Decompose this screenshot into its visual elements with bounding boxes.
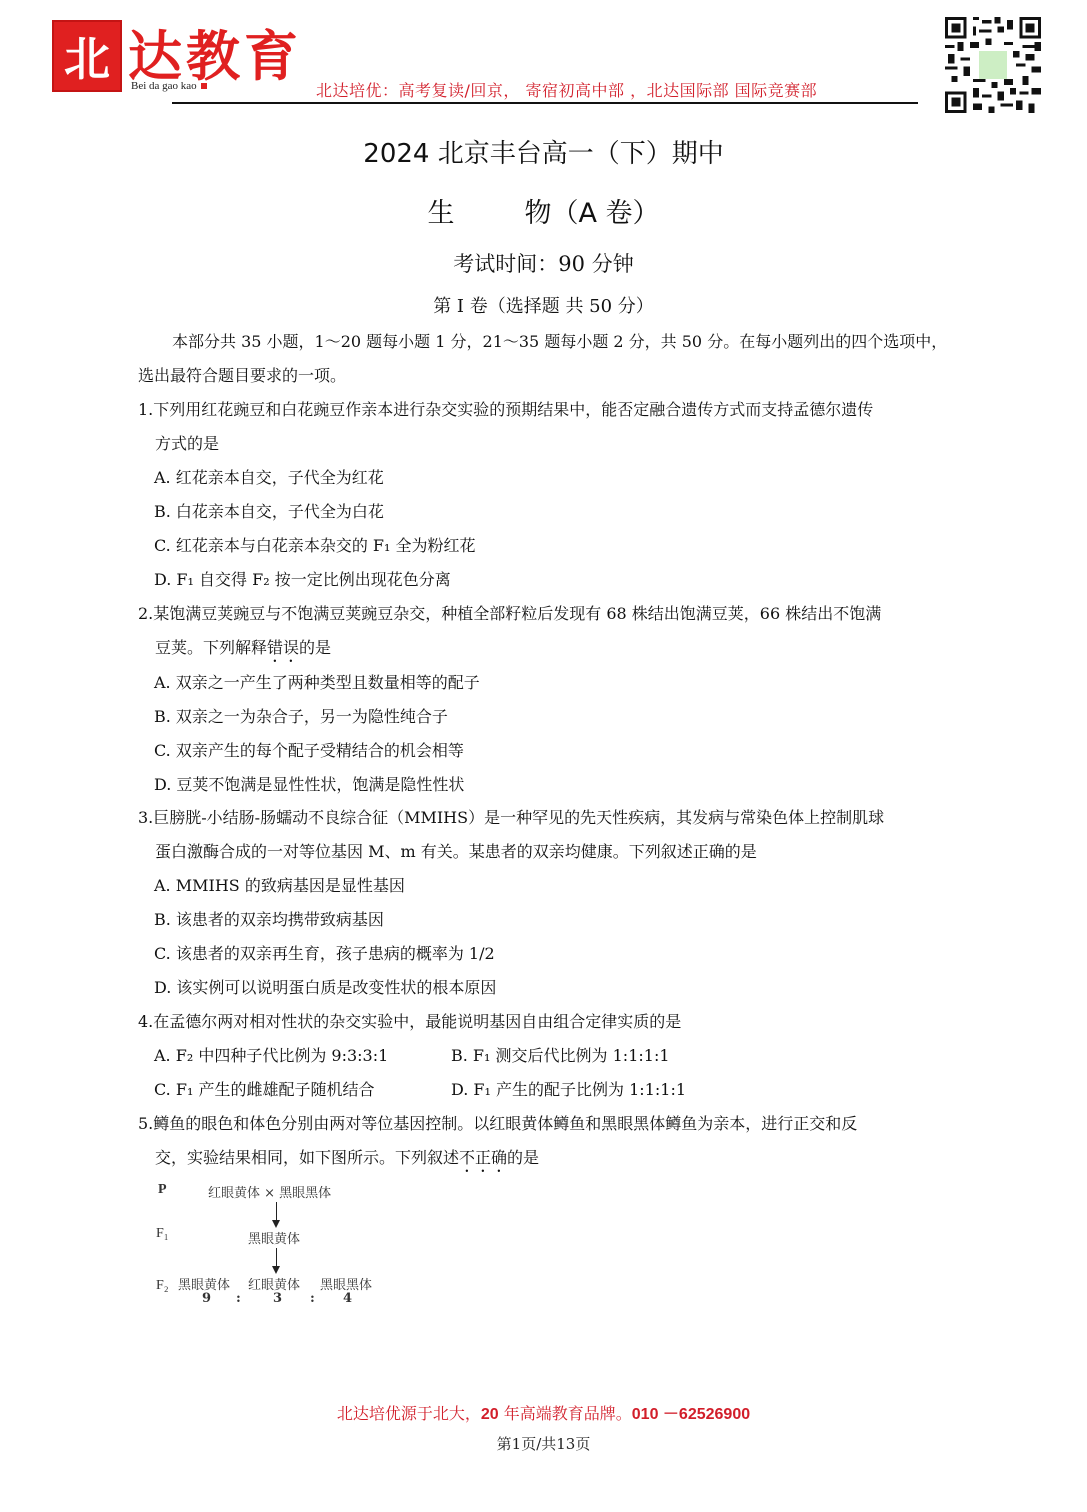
f1-label: F₁ xyxy=(156,1226,169,1242)
question-stem: 2.某饱满豆荚豌豆与不饱满豆荚豌豆杂交，种植全部籽粒后发现有 68 株结出饱满豆… xyxy=(138,597,953,631)
section-heading: 第 I 卷（选择题 共 50 分） xyxy=(0,292,1087,318)
option-b: B. 双亲之一为杂合子，另一为隐性纯合子 xyxy=(138,700,953,734)
exam-title: 2024 北京丰台高一（下）期中 xyxy=(0,133,1087,170)
page-indicator: 第1页/共13页 xyxy=(0,1433,1087,1454)
options-row-2: C. F₁ 产生的雌雄配子随机结合D. F₁ 产生的配子比例为 1:1:1:1 xyxy=(138,1073,953,1107)
footer-ad-years: 20 xyxy=(481,1406,499,1423)
question-1: 1.下列用红花豌豆和白花豌豆作亲本进行杂交实验的预期结果中，能否定融合遗传方式而… xyxy=(138,393,953,597)
options-row-1: A. F₂ 中四种子代比例为 9:3:3:1B. F₁ 测交后代比例为 1:1:… xyxy=(138,1039,953,1073)
footer-ad-text: 年高端教育品牌。 xyxy=(499,1404,632,1423)
question-number: 5. xyxy=(138,1114,153,1133)
stem-text: 在孟德尔两对相对性状的杂交实验中，最能说明基因自由组合定律实质的是 xyxy=(153,1012,681,1031)
subject-title: 生物（A 卷） xyxy=(0,191,1087,230)
ratio-value: 9 xyxy=(202,1291,211,1306)
stem-text: 巨膀胱-小结肠-肠蠕动不良综合征（MMIHS）是一种罕见的先天性疾病，其发病与常… xyxy=(153,808,884,827)
question-stem-cont: 方式的是 xyxy=(138,427,953,461)
option-c: C. 该患者的双亲再生育，孩子患病的概率为 1/2 xyxy=(138,937,953,971)
stem-text: 的是 xyxy=(507,1148,539,1167)
genetic-cross-diagram: P 红眼黄体 × 黑眼黑体 F₁ 黑眼黄体 F₂ 黑眼黄体 红眼黄体 黑眼黑体 … xyxy=(150,1178,390,1313)
footer-ad-text: 北达培优源于北大， xyxy=(337,1404,481,1423)
question-stem: 5.鳟鱼的眼色和体色分别由两对等位基因控制。以红眼黄体鳟鱼和黑眼黑体鳟鱼为亲本，… xyxy=(138,1107,953,1141)
footer-phone: 010 －62526900 xyxy=(632,1406,750,1423)
option-b: B. 该患者的双亲均携带致病基因 xyxy=(138,903,953,937)
stem-text: 交，实验结果相同，如下图所示。下列叙述 xyxy=(155,1148,459,1167)
question-2: 2.某饱满豆荚豌豆与不饱满豆荚豌豆杂交，种植全部籽粒后发现有 68 株结出饱满豆… xyxy=(138,597,953,802)
ratio-value: 4 xyxy=(343,1291,352,1306)
ratio-separator: : xyxy=(236,1291,241,1306)
question-number: 2. xyxy=(138,604,153,623)
logo-subtitle-text: Bei da gao kao xyxy=(131,80,197,92)
option-b: B. 白花亲本自交，子代全为白花 xyxy=(138,495,953,529)
question-5: 5.鳟鱼的眼色和体色分别由两对等位基因控制。以红眼黄体鳟鱼和黑眼黑体鳟鱼为亲本，… xyxy=(138,1107,953,1176)
ratio-value: 3 xyxy=(273,1291,282,1306)
option-d: D. 豆荚不饱满是显性性状，饱满是隐性性状 xyxy=(138,768,953,802)
question-number: 4. xyxy=(138,1012,153,1031)
emphasized-text: 错误 xyxy=(267,638,299,657)
question-number: 3. xyxy=(138,808,153,827)
stem-text: 的是 xyxy=(299,638,331,657)
ratio-separator: : xyxy=(310,1291,315,1306)
question-stem-cont: 豆荚。下列解释错误的是 xyxy=(138,631,953,666)
question-4: 4.在孟德尔两对相对性状的杂交实验中，最能说明基因自由组合定律实质的是 A. F… xyxy=(138,1005,953,1107)
instructions: 本部分共 35 小题，1～20 题每小题 1 分，21～35 题每小题 2 分，… xyxy=(138,325,953,393)
p-label: P xyxy=(158,1182,167,1198)
question-stem-cont: 交，实验结果相同，如下图所示。下列叙述不正确的是 xyxy=(138,1141,953,1176)
question-3: 3.巨膀胱-小结肠-肠蠕动不良综合征（MMIHS）是一种罕见的先天性疾病，其发病… xyxy=(138,801,953,1005)
option-c: C. 红花亲本与白花亲本杂交的 F₁ 全为粉红花 xyxy=(138,529,953,563)
option-d: D. 该实例可以说明蛋白质是改变性状的根本原因 xyxy=(138,971,953,1005)
stem-text: 下列用红花豌豆和白花豌豆作亲本进行杂交实验的预期结果中，能否定融合遗传方式而支持… xyxy=(153,400,873,419)
f1-phenotype: 黑眼黄体 xyxy=(248,1228,300,1247)
question-stem: 4.在孟德尔两对相对性状的杂交实验中，最能说明基因自由组合定律实质的是 xyxy=(138,1005,953,1039)
logo-mark: 北 xyxy=(52,20,122,92)
question-stem-cont: 蛋白激酶合成的一对等位基因 M、m 有关。某患者的双亲均健康。下列叙述正确的是 xyxy=(138,835,953,869)
header-slogan: 北达培优：高考复读/回京， 寄宿初高中部 ，北达国际部 国际竞赛部 xyxy=(316,78,817,101)
logo-square-icon xyxy=(201,83,207,89)
option-d: D. F₁ 自交得 F₂ 按一定比例出现花色分离 xyxy=(138,563,953,597)
arrow-down-icon xyxy=(276,1248,277,1272)
stem-text: 鳟鱼的眼色和体色分别由两对等位基因控制。以红眼黄体鳟鱼和黑眼黑体鳟鱼为亲本，进行… xyxy=(153,1114,857,1133)
emphasized-text: 不正确 xyxy=(459,1148,507,1167)
option-c: C. F₁ 产生的雌雄配子随机结合 xyxy=(154,1073,451,1107)
stem-text: 豆荚。下列解释 xyxy=(155,638,267,657)
option-d: D. F₁ 产生的配子比例为 1:1:1:1 xyxy=(451,1073,748,1107)
question-stem: 3.巨膀胱-小结肠-肠蠕动不良综合征（MMIHS）是一种罕见的先天性疾病，其发病… xyxy=(138,801,953,835)
qr-code-icon xyxy=(942,14,1044,116)
question-stem: 1.下列用红花豌豆和白花豌豆作亲本进行杂交实验的预期结果中，能否定融合遗传方式而… xyxy=(138,393,953,427)
subject-char-1: 生 xyxy=(427,198,454,229)
option-a: A. 红花亲本自交，子代全为红花 xyxy=(138,461,953,495)
arrow-down-icon xyxy=(276,1202,277,1226)
option-a: A. F₂ 中四种子代比例为 9:3:3:1 xyxy=(154,1039,451,1073)
option-a: A. 双亲之一产生了两种类型且数量相等的配子 xyxy=(138,666,953,700)
stem-text: 某饱满豆荚豌豆与不饱满豆荚豌豆杂交，种植全部籽粒后发现有 68 株结出饱满豆荚，… xyxy=(153,604,881,623)
option-a: A. MMIHS 的致病基因是显性基因 xyxy=(138,869,953,903)
exam-duration: 考试时间：90 分钟 xyxy=(0,248,1087,278)
parent-cross: 红眼黄体 × 黑眼黑体 xyxy=(208,1182,331,1201)
footer-advertisement: 北达培优源于北大，20 年高端教育品牌。010 －62526900 xyxy=(0,1401,1087,1424)
option-b: B. F₁ 测交后代比例为 1:1:1:1 xyxy=(451,1039,748,1073)
header-divider xyxy=(172,102,918,104)
f2-label: F₂ xyxy=(156,1278,169,1294)
subject-char-2: 物（A 卷） xyxy=(524,198,659,229)
logo-subtitle: Bei da gao kao xyxy=(131,80,207,92)
question-number: 1. xyxy=(138,400,153,419)
option-c: C. 双亲产生的每个配子受精结合的机会相等 xyxy=(138,734,953,768)
